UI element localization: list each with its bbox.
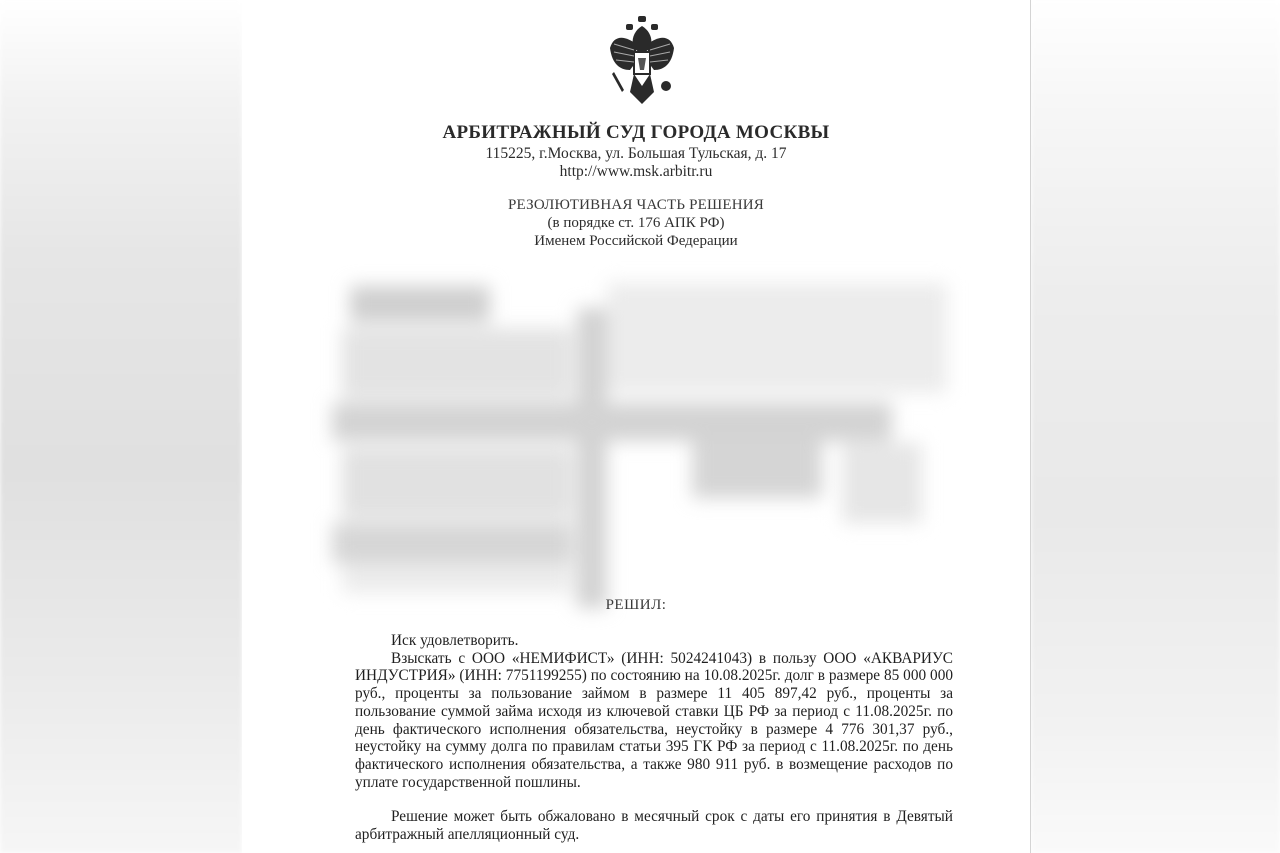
in-the-name-of: Именем Российской Федерации xyxy=(242,233,1030,250)
court-website: http://www.msk.arbitr.ru xyxy=(242,163,1030,181)
document-title: РЕЗОЛЮТИВНАЯ ЧАСТЬ РЕШЕНИЯ xyxy=(242,197,1030,214)
decided-heading: РЕШИЛ: xyxy=(242,597,1030,614)
paragraph-recovery: Взыскать с ООО «НЕМИФИСТ» (ИНН: 50242410… xyxy=(355,650,953,792)
blurred-backdrop-left xyxy=(0,0,242,853)
procedure-note: (в порядке ст. 176 АПК РФ) xyxy=(242,215,1030,232)
paragraph-appeal: Решение может быть обжаловано в месячный… xyxy=(355,808,953,843)
blurred-backdrop-right xyxy=(1031,0,1280,853)
court-name: АРБИТРАЖНЫЙ СУД ГОРОДА МОСКВЫ xyxy=(242,122,1030,144)
coat-of-arms-icon xyxy=(608,14,676,106)
document-page: АРБИТРАЖНЫЙ СУД ГОРОДА МОСКВЫ 115225, г.… xyxy=(242,0,1031,853)
resolution-text: Иск удовлетворить. Взыскать с ООО «НЕМИФ… xyxy=(355,632,953,844)
court-address: 115225, г.Москва, ул. Большая Тульская, … xyxy=(242,145,1030,163)
redacted-section xyxy=(332,268,972,590)
paragraph-claim-granted: Иск удовлетворить. xyxy=(355,632,953,650)
